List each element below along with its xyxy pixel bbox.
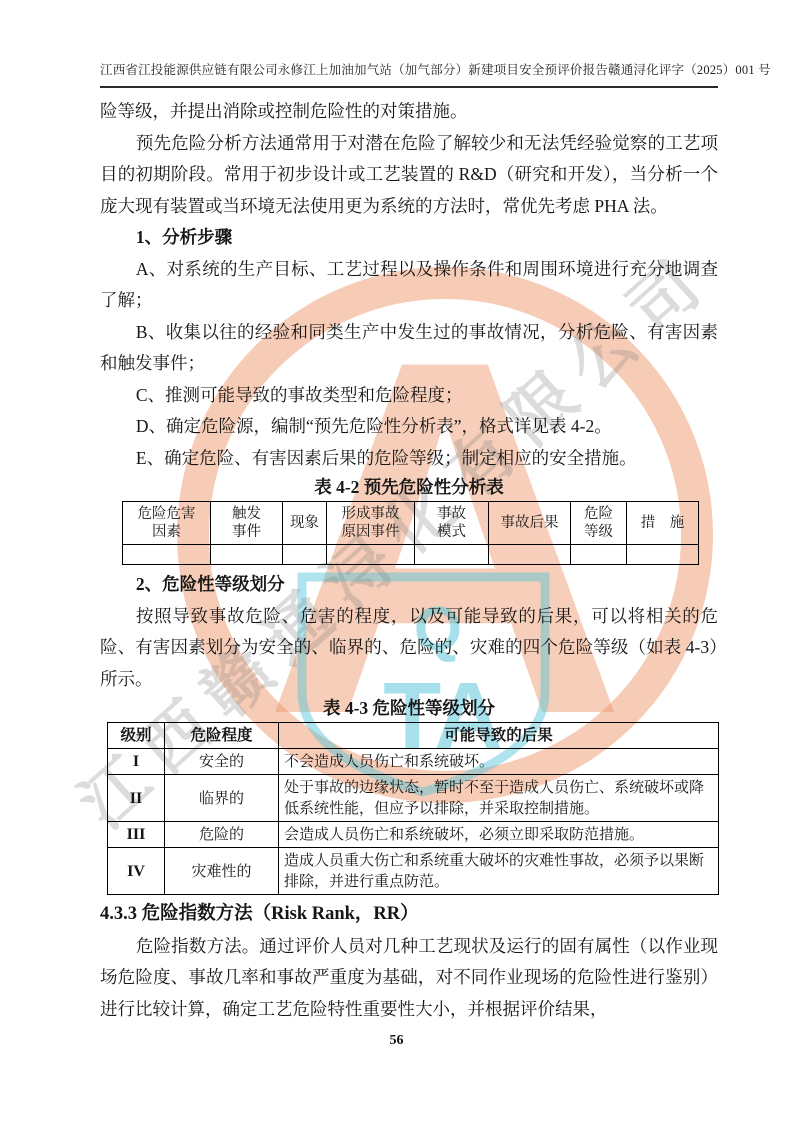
table-cell	[415, 545, 489, 565]
paragraph-pha-method: 预先危险分析方法通常用于对潜在危险了解较少和无法凭经验觉察的工艺项目的初期阶段。…	[100, 128, 718, 223]
degree-cell: 灾难性的	[165, 848, 279, 895]
step-a: A、对系统的生产目标、工艺过程以及操作条件和周围环境进行充分地调查了解；	[100, 254, 718, 317]
step-d: D、确定危险源，编制“预先危险性分析表”，格式详见表 4-2。	[100, 411, 718, 443]
table-header-cell: 现象	[283, 502, 327, 545]
table-cell	[627, 545, 699, 565]
level-cell: I	[108, 749, 165, 775]
table-cell	[327, 545, 415, 565]
table-cell	[123, 545, 211, 565]
table-cell	[211, 545, 283, 565]
level-cell: II	[108, 775, 165, 822]
table-header-cell: 触发 事件	[211, 502, 283, 545]
consequence-cell: 造成人员重大伤亡和系统重大破坏的灾难性事故，必须予以果断排除，并进行重点防范。	[279, 848, 719, 895]
consequence-cell: 处于事故的边缘状态，暂时不至于造成人员伤亡、系统破坏或降低系统性能，但应予以排除…	[279, 775, 719, 822]
table-4-3: 级别 危险程度 可能导致的后果 I 安全的 不会造成人员伤亡和系统破坏。 II …	[107, 722, 719, 895]
table-header-cell: 事故后果	[489, 502, 571, 545]
step-c: C、推测可能导致的事故类型和危险程度；	[100, 380, 718, 412]
table-cell	[489, 545, 571, 565]
consequence-cell: 会造成人员伤亡和系统破坏，必须立即采取防范措施。	[279, 822, 719, 848]
paragraph-risk-index: 危险指数方法。通过评价人员对几种工艺现状及运行的固有属性（以作业现场危险度、事故…	[100, 931, 718, 1026]
body-text: 险等级，并提出消除或控制危险性的对策措施。 预先危险分析方法通常用于对潜在危险了…	[100, 96, 718, 1025]
table-header-cell: 危险危害 因素	[123, 502, 211, 545]
paragraph-carryover: 险等级，并提出消除或控制危险性的对策措施。	[100, 96, 718, 128]
degree-cell: 临界的	[165, 775, 279, 822]
step-e: E、确定危险、有害因素后果的危险等级；制定相应的安全措施。	[100, 443, 718, 475]
degree-cell: 安全的	[165, 749, 279, 775]
consequence-cell: 不会造成人员伤亡和系统破坏。	[279, 749, 719, 775]
table-row: III 危险的 会造成人员伤亡和系统破坏，必须立即采取防范措施。	[108, 822, 719, 848]
table-4-2-empty-row	[123, 545, 699, 565]
table-cell	[283, 545, 327, 565]
paragraph-risk-grading: 按照导致事故危险、危害的程度，以及可能导致的后果，可以将相关的危险、有害因素划分…	[100, 601, 718, 696]
table-4-2: 危险危害 因素 触发 事件 现象 形成事故 原因事件 事故 模式 事故后果 危险…	[122, 501, 699, 565]
table-cell	[571, 545, 627, 565]
header-title: 江西省江投能源供应链有限公司永修江上加油加气站（加气部分）新建项目安全预评价报告	[100, 60, 608, 78]
table-header-cell: 危险 等级	[571, 502, 627, 545]
table-header-cell: 形成事故 原因事件	[327, 502, 415, 545]
degree-cell: 危险的	[165, 822, 279, 848]
table-row: II 临界的 处于事故的边缘状态，暂时不至于造成人员伤亡、系统破坏或降低系统性能…	[108, 775, 719, 822]
table-4-2-caption: 表 4-2 预先危险性分析表	[100, 475, 718, 499]
table-4-3-caption: 表 4-3 危险性等级划分	[100, 696, 718, 720]
document-page: A Q TA 江西赣通浔化有限公司 江西省江投能源供应链有限公司永修江上加油加气…	[0, 0, 793, 1122]
header-doc-number: 赣通浔化评字（2025）001 号	[608, 60, 771, 78]
table-header-cell: 措 施	[627, 502, 699, 545]
table-row: I 安全的 不会造成人员伤亡和系统破坏。	[108, 749, 719, 775]
level-cell: III	[108, 822, 165, 848]
table-header-cell: 危险程度	[165, 723, 279, 749]
heading-risk-grading: 2、危险性等级划分	[100, 569, 718, 601]
level-cell: IV	[108, 848, 165, 895]
heading-analysis-steps: 1、分析步骤	[100, 222, 718, 254]
table-header-cell: 事故 模式	[415, 502, 489, 545]
page-number: 56	[0, 1033, 793, 1049]
table-row: IV 灾难性的 造成人员重大伤亡和系统重大破坏的灾难性事故，必须予以果断排除，并…	[108, 848, 719, 895]
table-4-2-header-row: 危险危害 因素 触发 事件 现象 形成事故 原因事件 事故 模式 事故后果 危险…	[123, 502, 699, 545]
heading-4-3-3: 4.3.3 危险指数方法（Risk Rank，RR）	[100, 899, 718, 931]
table-header-cell: 级别	[108, 723, 165, 749]
report-header: 江西省江投能源供应链有限公司永修江上加油加气站（加气部分）新建项目安全预评价报告…	[100, 60, 718, 88]
page-content: 江西省江投能源供应链有限公司永修江上加油加气站（加气部分）新建项目安全预评价报告…	[100, 60, 718, 1025]
table-header-cell: 可能导致的后果	[279, 723, 719, 749]
table-4-3-header-row: 级别 危险程度 可能导致的后果	[108, 723, 719, 749]
step-b: B、收集以往的经验和同类生产中发生过的事故情况，分析危险、有害因素和触发事件；	[100, 317, 718, 380]
